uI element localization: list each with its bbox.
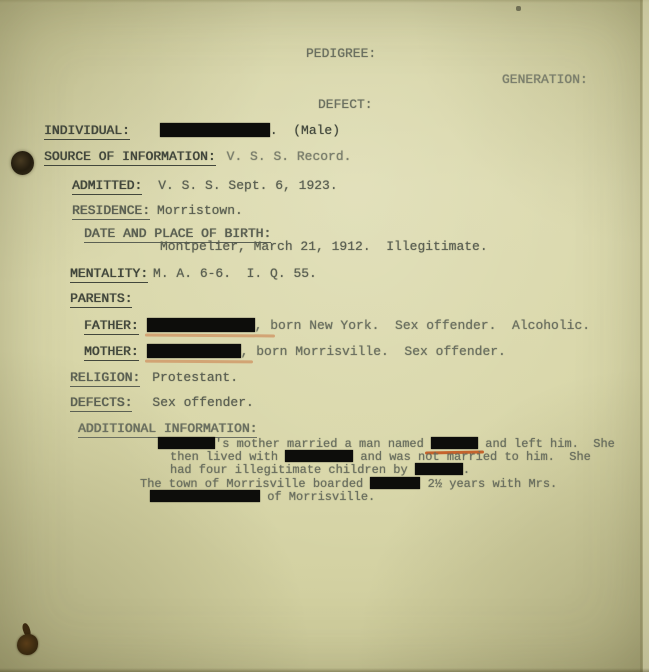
religion-value: Protestant. <box>152 370 238 385</box>
birth-value: Montpelier, March 21, 1912. Illegitimate… <box>160 239 488 254</box>
religion-row: RELIGION:Protestant. <box>70 371 238 385</box>
additional-line-3: had four illegitimate children by . <box>170 463 470 477</box>
additional-label: ADDITIONAL INFORMATION: <box>78 421 257 438</box>
defect-heading-text: DEFECT: <box>318 97 373 112</box>
birth-value-row: Montpelier, March 21, 1912. Illegitimate… <box>160 240 488 254</box>
parents-row: PARENTS: <box>70 292 132 306</box>
defects-value: Sex offender. <box>152 395 253 410</box>
defect-heading: DEFECT: <box>318 98 373 112</box>
individual-label: INDIVIDUAL: <box>44 123 130 140</box>
punch-hole <box>11 151 34 175</box>
additional-line2-text-b: and was <box>353 450 418 464</box>
mother-value: , born Morrisville. Sex offender. <box>241 344 506 359</box>
residence-row: RESIDENCE:Morristown. <box>72 204 243 218</box>
line1-redaction-wrap <box>431 437 478 451</box>
father-label: FATHER: <box>84 318 139 335</box>
redaction-bar <box>158 437 215 449</box>
additional-line4-text-a: The town of Morrisville boarded <box>140 477 370 491</box>
parents-label: PARENTS: <box>70 291 132 308</box>
additional-line2-text-c: married to him. She <box>440 450 591 464</box>
redaction-bar <box>415 463 463 475</box>
pedigree-heading: PEDIGREE: <box>306 47 376 61</box>
generation-heading-text: GENERATION: <box>502 72 588 87</box>
redaction-bar <box>147 344 241 358</box>
father-redaction-wrap <box>147 318 255 333</box>
redaction-bar <box>285 450 353 462</box>
additional-line-1: 's mother married a man named and left h… <box>158 437 615 451</box>
redaction-bar <box>160 123 270 137</box>
residence-value: Morristown. <box>157 203 243 218</box>
religion-label: RELIGION: <box>70 370 140 387</box>
mentality-label: MENTALITY: <box>70 266 148 283</box>
source-label: SOURCE OF INFORMATION: <box>44 149 216 166</box>
defects-row: DEFECTS:Sex offender. <box>70 396 254 410</box>
pedigree-heading-text: PEDIGREE: <box>306 46 376 61</box>
redaction-bar <box>431 437 478 449</box>
admitted-label: ADMITTED: <box>72 178 142 195</box>
mentality-value: M. A. 6-6. I. Q. 55. <box>153 266 317 281</box>
mother-redaction-wrap <box>147 344 241 359</box>
father-row: FATHER:, born New York. Sex offender. Al… <box>84 318 590 333</box>
additional-line3-text-b: . <box>463 463 470 477</box>
additional-line2-text-a: then lived with <box>170 450 285 464</box>
paper-top-edge-shadow <box>0 0 649 3</box>
mother-label: MOTHER: <box>84 344 139 361</box>
additional-line4-text-b: 2½ years with Mrs. <box>420 477 557 491</box>
ink-blob <box>17 634 38 655</box>
redaction-bar <box>370 477 420 489</box>
document-page: PEDIGREE: GENERATION: DEFECT: INDIVIDUAL… <box>0 0 649 672</box>
redaction-bar <box>150 490 260 502</box>
paper-right-edge-highlight <box>643 0 649 672</box>
mother-row: MOTHER:, born Morrisville. Sex offender. <box>84 344 506 359</box>
orange-underline-mark <box>145 333 275 336</box>
additional-line1-text-b: and left him. She <box>478 437 615 451</box>
orange-underline-mark <box>145 359 253 362</box>
father-value: , born New York. Sex offender. Alcoholic… <box>255 318 590 333</box>
additional-label-row: ADDITIONAL INFORMATION: <box>78 422 257 436</box>
admitted-value: V. S. S. Sept. 6, 1923. <box>158 178 337 193</box>
additional-line-4: The town of Morrisville boarded 2½ years… <box>140 477 557 491</box>
paper-speck <box>516 6 521 11</box>
residence-label: RESIDENCE: <box>72 203 150 220</box>
additional-line3-text-a: had four illegitimate children by <box>170 463 415 477</box>
mentality-row: MENTALITY:M. A. 6-6. I. Q. 55. <box>70 267 317 281</box>
admitted-row: ADMITTED:V. S. S. Sept. 6, 1923. <box>72 179 338 193</box>
source-row: SOURCE OF INFORMATION:V. S. S. Record. <box>44 150 351 164</box>
additional-line-5: of Morrisville. <box>150 490 375 504</box>
defects-label: DEFECTS: <box>70 395 132 412</box>
paper-right-edge-line <box>640 0 642 672</box>
additional-line-2: then lived with and was not married to h… <box>170 450 591 464</box>
additional-line5-text-a: of Morrisville. <box>260 490 375 504</box>
additional-line1-text-a: 's mother married a man named <box>215 437 431 451</box>
generation-heading: GENERATION: <box>502 73 588 87</box>
paper-bottom-edge-shadow <box>0 668 649 672</box>
redaction-bar <box>147 318 255 332</box>
individual-suffix: . (Male) <box>270 123 340 138</box>
source-value: V. S. S. Record. <box>227 149 352 164</box>
individual-row: INDIVIDUAL:. (Male) <box>44 123 340 138</box>
